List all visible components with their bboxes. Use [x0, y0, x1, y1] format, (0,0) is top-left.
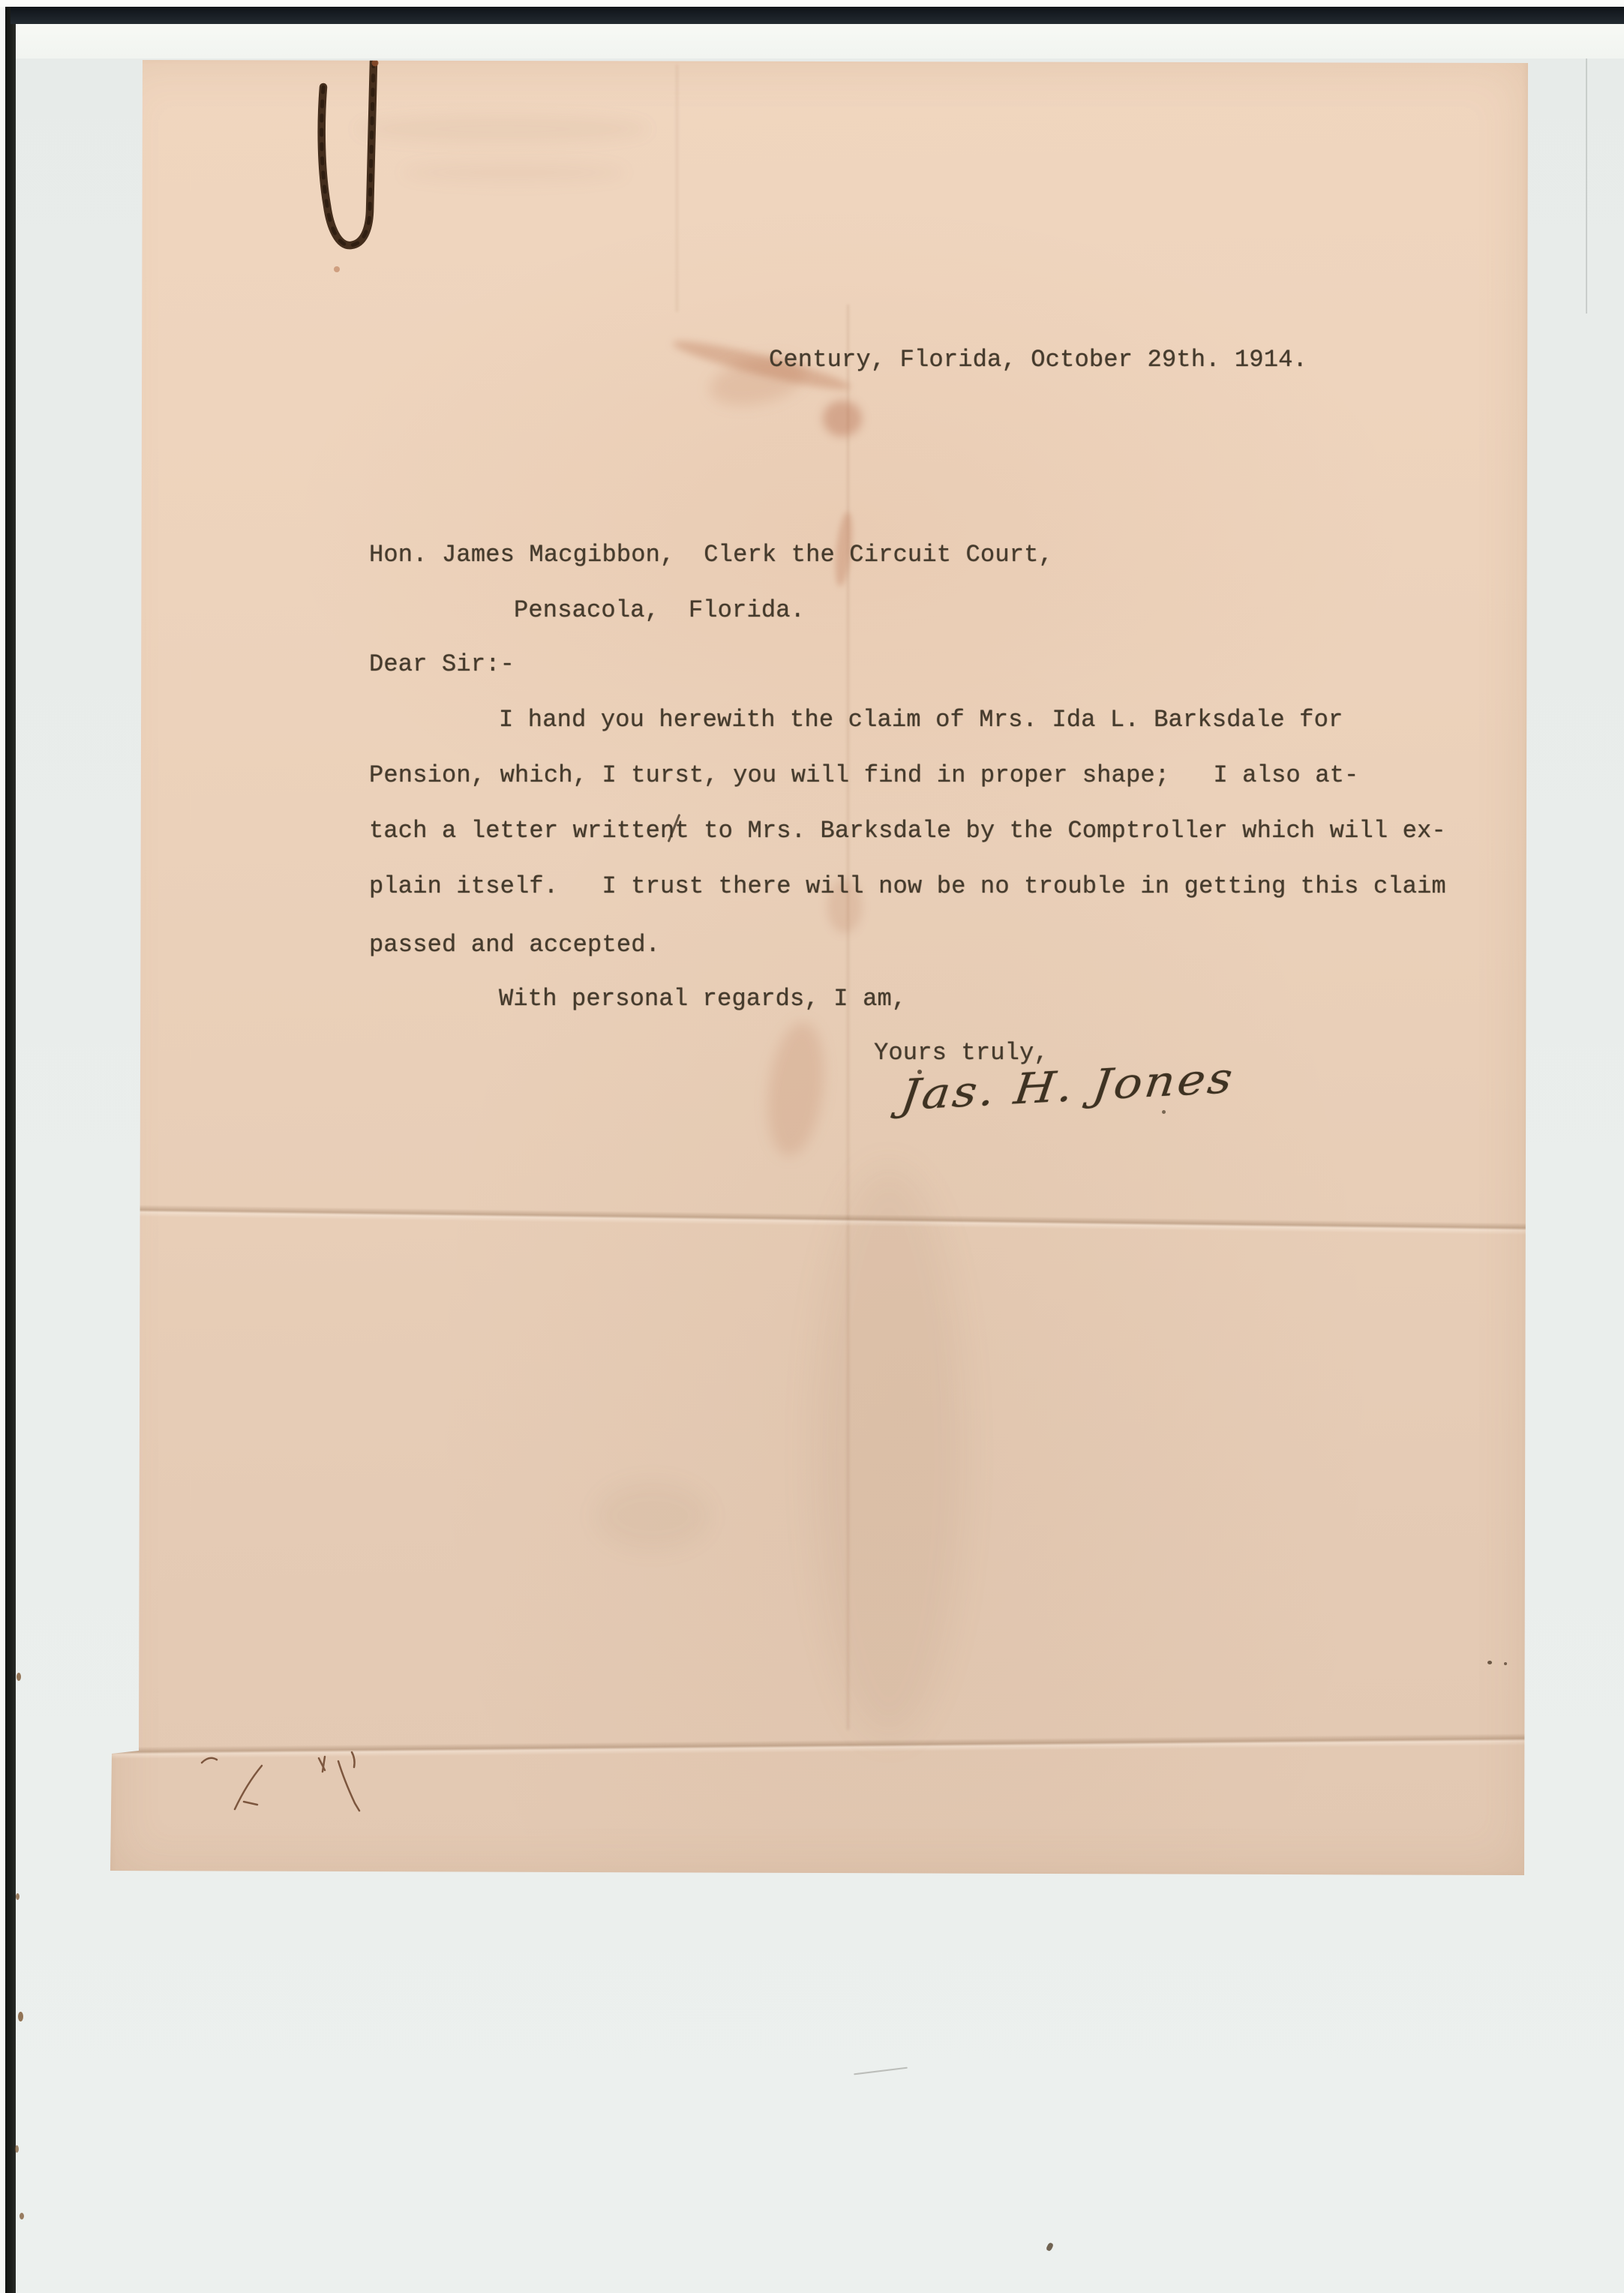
rust-stain-blotch: [823, 401, 862, 437]
body-line: tach a letter writtent to Mrs. Barksdale…: [369, 816, 1446, 846]
vertical-crease: [847, 305, 849, 1730]
background-scratch: [854, 2067, 908, 2075]
faint-band-stain: [814, 1167, 964, 1737]
paperclip-mark: [310, 57, 394, 276]
faint-blotch: [596, 1482, 709, 1550]
body-line: plain itself. I trust there will now be …: [369, 872, 1446, 902]
scanned-letter-page: Century, Florida, October 29th. 1914. Ho…: [0, 0, 1624, 2293]
film-edge-strip-left: [5, 0, 16, 2293]
paper-edge-shading: [109, 57, 1529, 1878]
scan-margin-top: [0, 0, 1624, 7]
dateline: Century, Florida, October 29th. 1914.: [769, 345, 1307, 375]
ink-speck: [1504, 1662, 1507, 1665]
recipient-line: Hon. James Macgibbon, Clerk the Circuit …: [369, 540, 1053, 570]
letter-paper: Century, Florida, October 29th. 1914. Ho…: [109, 57, 1529, 1878]
rust-stain-signature: [761, 1019, 830, 1159]
vertical-crease: [676, 65, 678, 312]
background-seam-line: [1586, 59, 1587, 314]
rust-dot: [334, 266, 340, 272]
rust-speck: [16, 1893, 20, 1900]
ink-speck: [1162, 1110, 1166, 1114]
rust-speck: [18, 2012, 23, 2021]
show-through-smudge: [401, 162, 626, 183]
rust-speck: [20, 2213, 24, 2219]
background-speck: [1046, 2242, 1054, 2252]
rust-dot: [372, 60, 379, 67]
fold-crease-upper: [109, 1205, 1529, 1235]
ink-speck: [917, 1070, 922, 1074]
scanner-white-band: [16, 24, 1624, 59]
regards-line: With personal regards, I am,: [499, 984, 906, 1014]
show-through-smudge: [356, 116, 649, 143]
ink-scratches: [191, 1740, 394, 1826]
body-line: passed and accepted.: [369, 930, 660, 960]
film-edge-strip-top: [11, 7, 1624, 24]
recipient-city-line: Pensacola, Florida.: [514, 596, 805, 626]
rust-speck: [15, 2145, 19, 2153]
complimentary-close: Yours truly,: [874, 1038, 1049, 1068]
scan-margin-left: [0, 0, 5, 2293]
rust-speck: [17, 1673, 21, 1681]
salutation: Dear Sir:-: [369, 650, 515, 680]
ink-speck: [1487, 1661, 1492, 1664]
body-line: I hand you herewith the claim of Mrs. Id…: [499, 705, 1343, 735]
body-line: Pension, which, I turst, you will find i…: [369, 761, 1358, 791]
